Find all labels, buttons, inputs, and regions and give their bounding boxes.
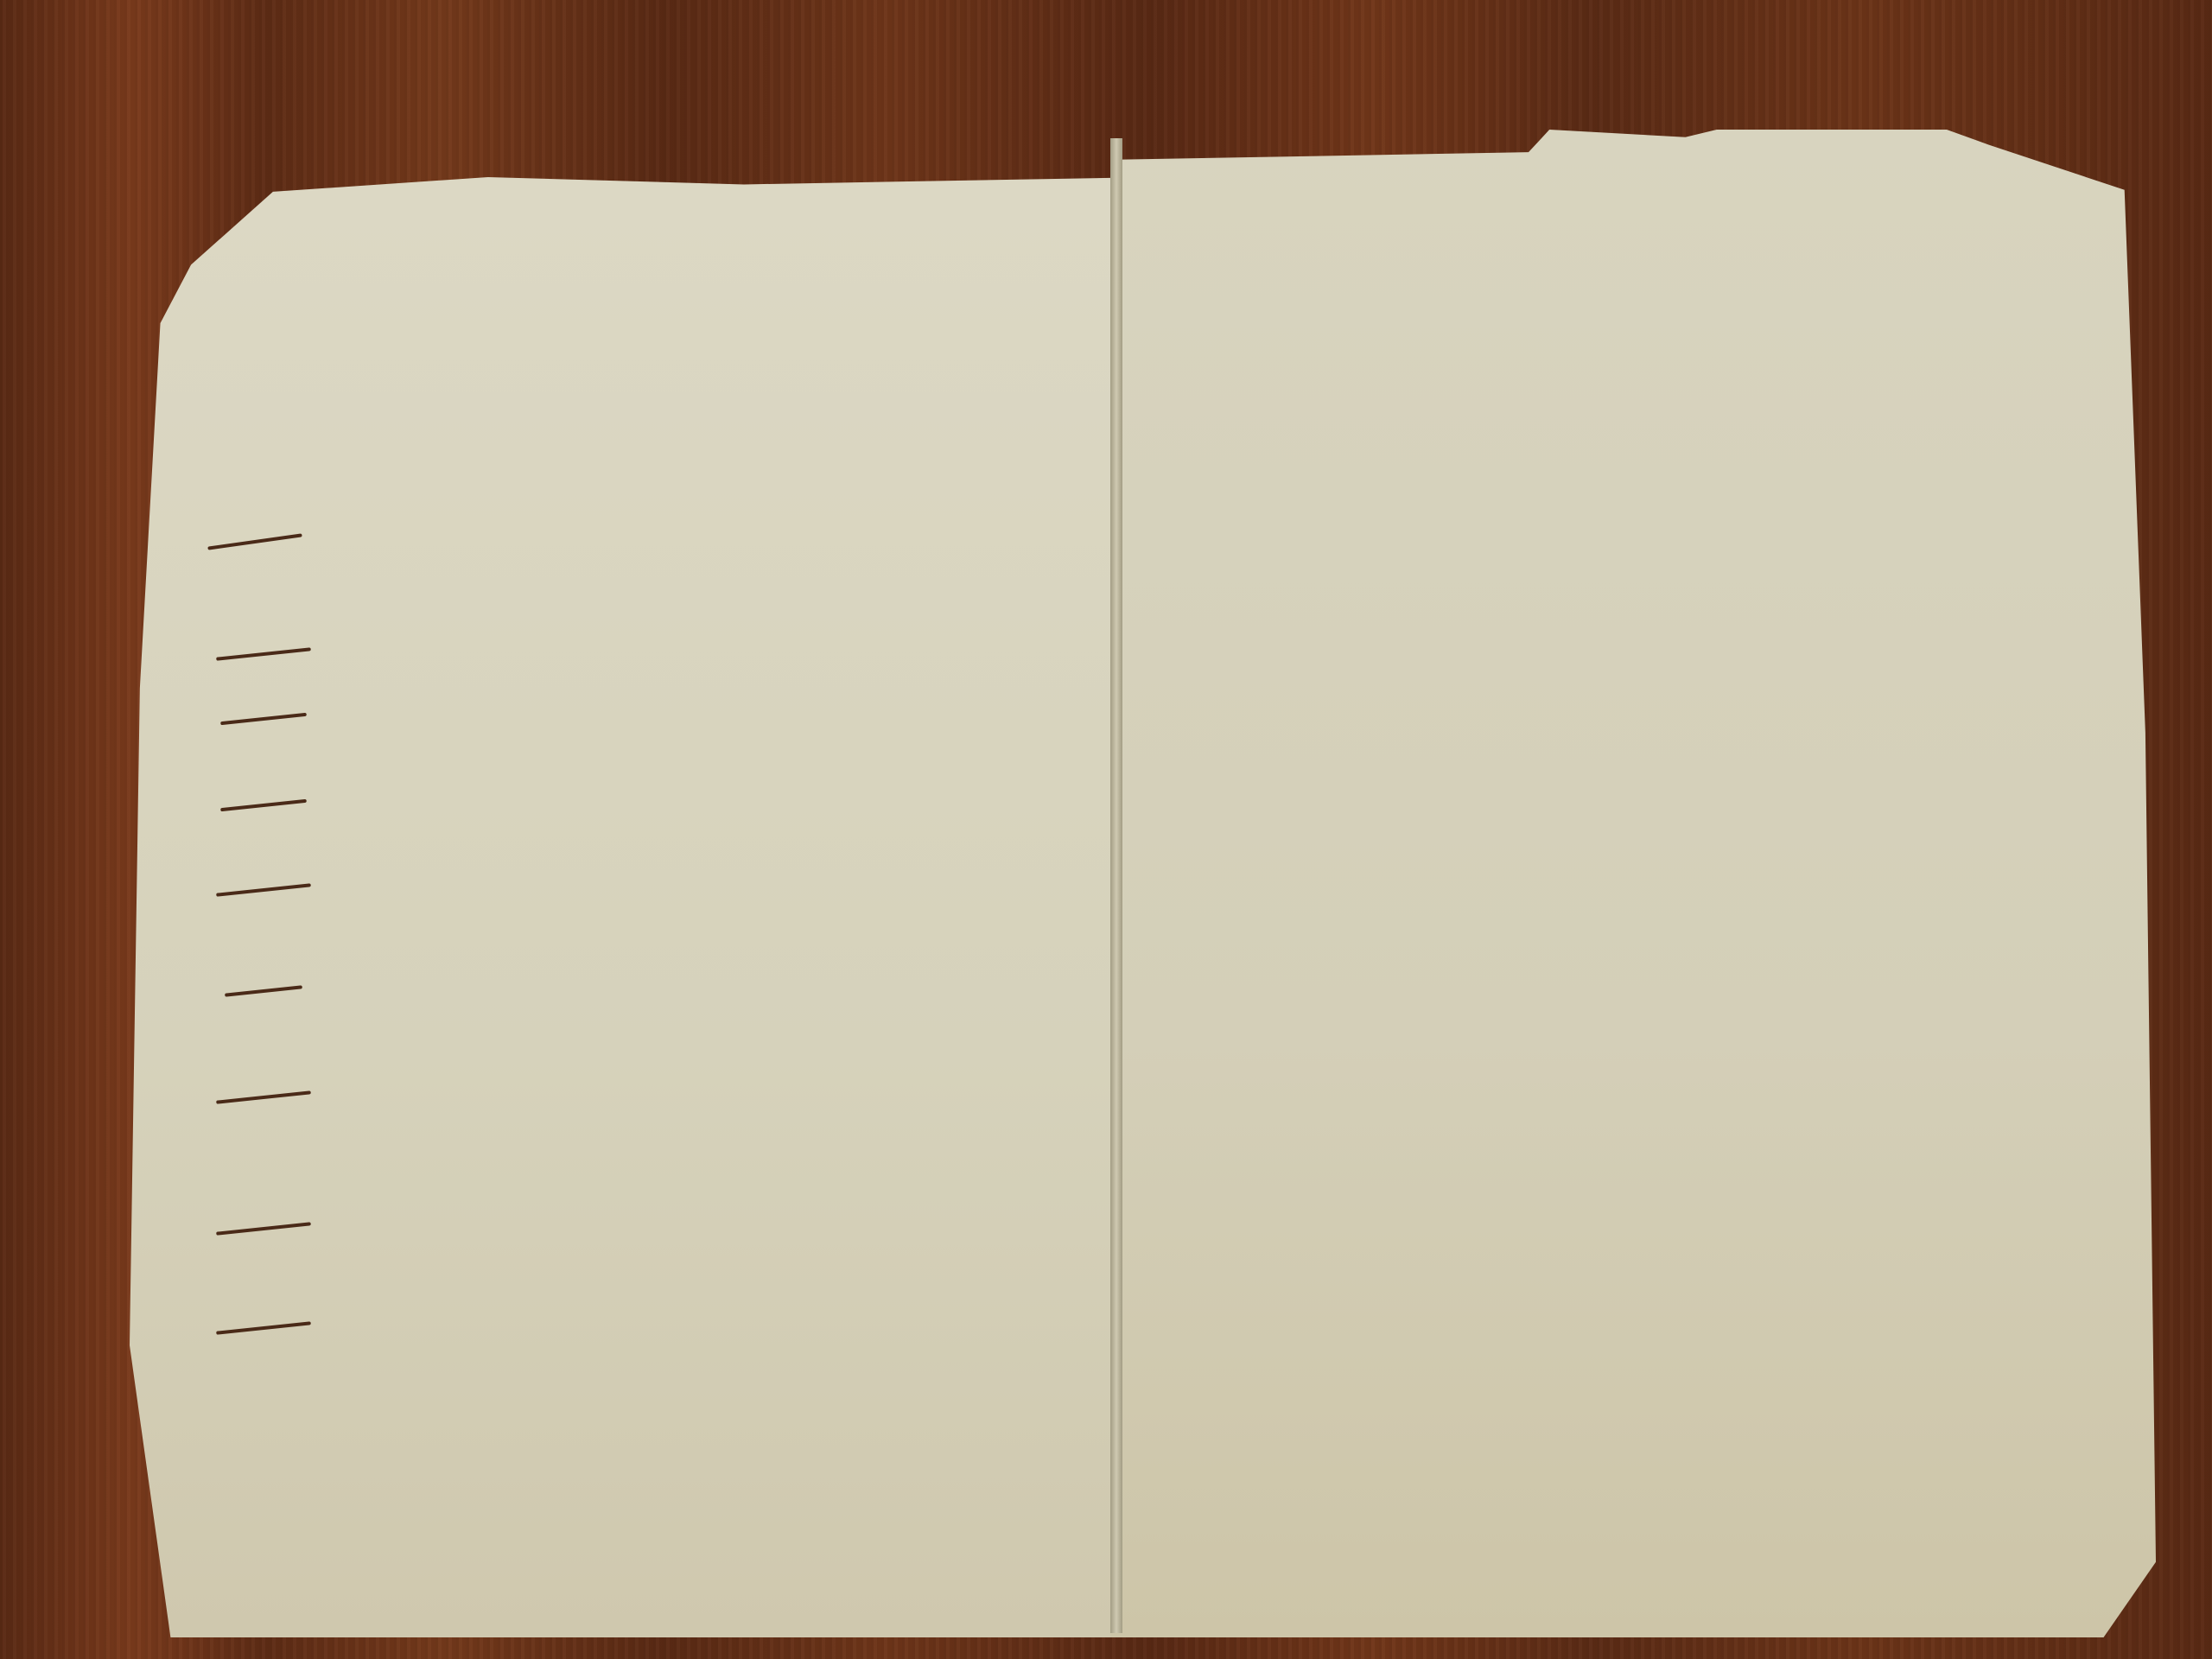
book-gutter: [1110, 138, 1122, 1633]
left-manuscript-page: [130, 177, 1154, 1637]
right-manuscript-page: [1110, 130, 2156, 1637]
